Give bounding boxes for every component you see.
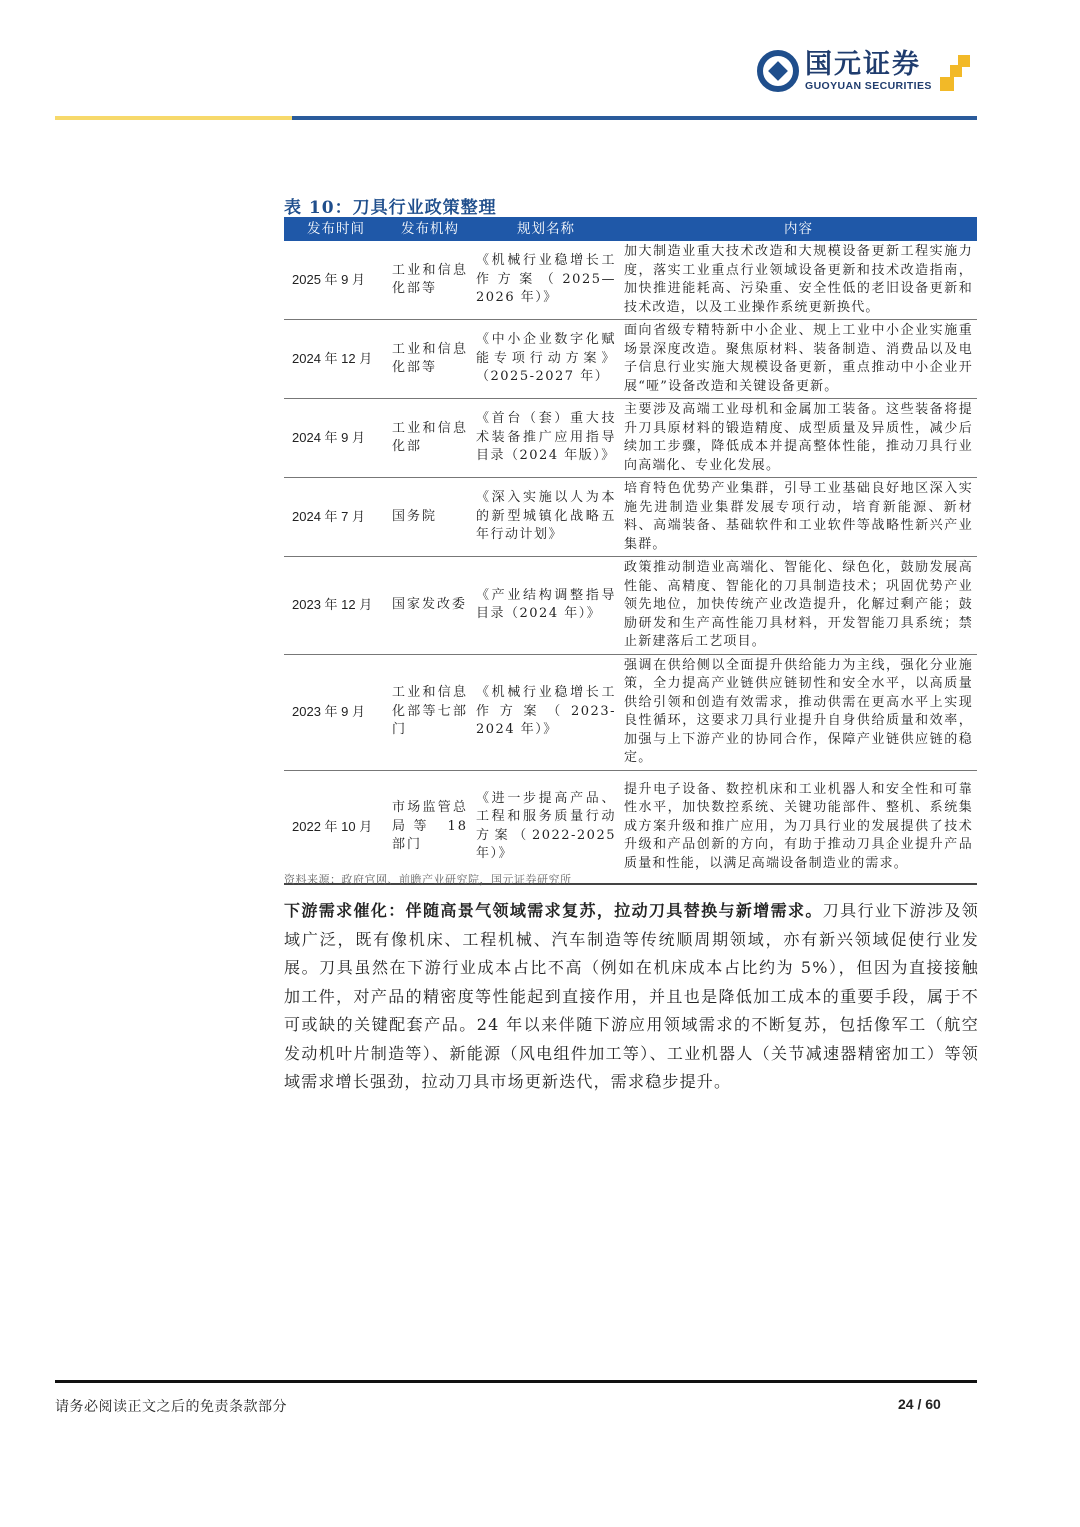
column-header-org: 发布机构 (388, 217, 472, 241)
table-row: 2024 年 9 月 工业和信息化部 《首台（套）重大技术装备推广应用指导目录（… (284, 399, 977, 478)
cell-content: 主要涉及高端工业母机和金属加工装备。这些装备将提升刀具原材料的锻造精度、成型质量… (620, 399, 977, 478)
header-divider (55, 116, 977, 120)
cell-date: 2024 年 7 月 (284, 478, 388, 557)
table-row: 2024 年 12 月 工业和信息化部等 《中小企业数字化赋能专项行动方案》（2… (284, 320, 977, 399)
table-row: 2022 年 10 月 市场监管总局等 18 部门 《进一步提高产品、工程和服务… (284, 770, 977, 884)
body-paragraph: 下游需求催化：伴随高景气领域需求复苏，拉动刀具替换与新增需求。刀具行业下游涉及领… (284, 897, 979, 1097)
column-header-plan: 规划名称 (472, 217, 620, 241)
paragraph-lead: 下游需求催化：伴随高景气领域需求复苏，拉动刀具替换与新增需求。 (284, 901, 823, 920)
cell-org: 工业和信息化部等 (388, 241, 472, 320)
table-header-row: 发布时间 发布机构 规划名称 内容 (284, 217, 977, 241)
cell-date: 2022 年 10 月 (284, 770, 388, 884)
cell-content: 加大制造业重大技术改造和大规模设备更新工程实施力度，落实工业重点行业领域设备更新… (620, 241, 977, 320)
cell-org: 国务院 (388, 478, 472, 557)
company-logo: 国元证券 GUOYUAN SECURITIES (757, 50, 972, 92)
cell-content: 提升电子设备、数控机床和工业机器人和安全性和可靠性水平，加快数控系统、关键功能部… (620, 770, 977, 884)
column-header-date: 发布时间 (284, 217, 388, 241)
footer-divider (55, 1380, 977, 1383)
table-title: 表 10：刀具行业政策整理 (284, 193, 497, 218)
cell-plan: 《进一步提高产品、工程和服务质量行动方案（2022-2025 年）》 (472, 770, 620, 884)
cell-date: 2025 年 9 月 (284, 241, 388, 320)
cell-org: 国家发改委 (388, 557, 472, 655)
cell-date: 2024 年 12 月 (284, 320, 388, 399)
footer-disclaimer: 请务必阅读正文之后的免责条款部分 (55, 1396, 287, 1416)
cell-content: 政策推动制造业高端化、智能化、绿色化，鼓励发展高性能、高精度、智能化的刀具制造技… (620, 557, 977, 655)
table-row: 2023 年 9 月 工业和信息化部等七部门 《机械行业稳增长工作方案（2023… (284, 654, 977, 770)
logo-emblem-icon (757, 50, 799, 92)
cell-date: 2023 年 9 月 (284, 654, 388, 770)
table-row: 2024 年 7 月 国务院 《深入实施以人为本的新型城镇化战略五年行动计划》 … (284, 478, 977, 557)
cell-plan: 《机械行业稳增长工作方案（2025—2026 年）》 (472, 241, 620, 320)
logo-squares-icon (938, 51, 972, 91)
logo-chinese-name: 国元证券 (805, 50, 932, 80)
cell-org: 市场监管总局等 18 部门 (388, 770, 472, 884)
cell-content: 强调在供给侧以全面提升供给能力为主线，强化分业施策，全力提高产业链供应链韧性和安… (620, 654, 977, 770)
policy-table: 发布时间 发布机构 规划名称 内容 2025 年 9 月 工业和信息化部等 《机… (284, 217, 977, 885)
paragraph-text: 刀具行业下游涉及领域广泛，既有像机床、工程机械、汽车制造等传统顺周期领域，亦有新… (284, 901, 979, 1091)
cell-org: 工业和信息化部等 (388, 320, 472, 399)
cell-plan: 《首台（套）重大技术装备推广应用指导目录（2024 年版）》 (472, 399, 620, 478)
page-number: 24 / 60 (898, 1396, 941, 1412)
cell-org: 工业和信息化部等七部门 (388, 654, 472, 770)
logo-english-name: GUOYUAN SECURITIES (805, 80, 932, 92)
cell-content: 培育特色优势产业集群，引导工业基础良好地区深入实施先进制造业集群发展专项行动，培… (620, 478, 977, 557)
cell-plan: 《中小企业数字化赋能专项行动方案》（2025-2027 年） (472, 320, 620, 399)
cell-date: 2023 年 12 月 (284, 557, 388, 655)
table-row: 2025 年 9 月 工业和信息化部等 《机械行业稳增长工作方案（2025—20… (284, 241, 977, 320)
cell-content: 面向省级专精特新中小企业、规上工业中小企业实施重场景深度改造。聚焦原材料、装备制… (620, 320, 977, 399)
column-header-content: 内容 (620, 217, 977, 241)
cell-plan: 《机械行业稳增长工作方案（2023-2024 年）》 (472, 654, 620, 770)
cell-plan: 《深入实施以人为本的新型城镇化战略五年行动计划》 (472, 478, 620, 557)
cell-org: 工业和信息化部 (388, 399, 472, 478)
cell-plan: 《产业结构调整指导目录（2024 年）》 (472, 557, 620, 655)
table-source-note: 资料来源：政府官网、前瞻产业研究院，国元证券研究所 (284, 871, 572, 887)
table-row: 2023 年 12 月 国家发改委 《产业结构调整指导目录（2024 年）》 政… (284, 557, 977, 655)
cell-date: 2024 年 9 月 (284, 399, 388, 478)
